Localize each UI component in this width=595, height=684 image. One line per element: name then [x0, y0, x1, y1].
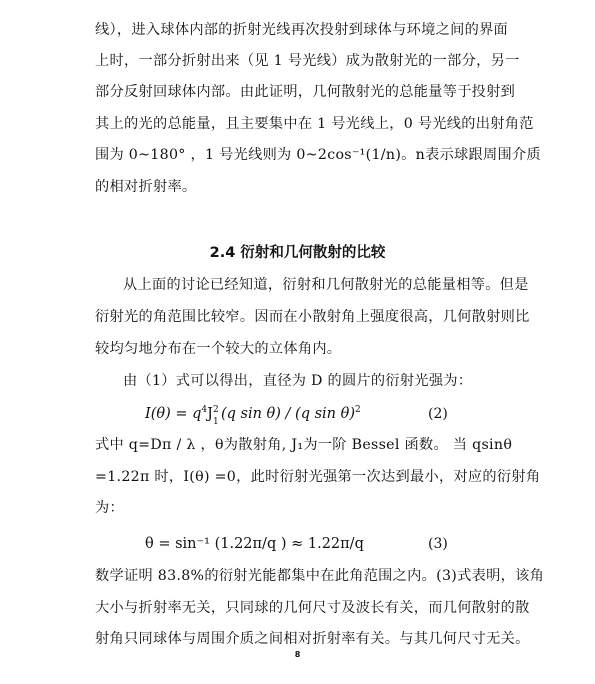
paragraph-5-line-2: 大小与折射率无关，只同球的几何尺寸及波长有关，而几何散射的散 — [95, 598, 505, 618]
equation-2-lhs: I(θ) = q — [145, 406, 201, 422]
paragraph-4-line-1: 式中 q=Dπ / λ ，θ为散射角, J₁为一阶 Bessel 函数。 当 q… — [95, 435, 505, 455]
document-page: 线），进入球体内部的折射光线再次投射到球体与环境之间的界面 上时，一部分折射出来… — [0, 0, 595, 684]
paragraph-5-line-3: 射角只同球体与周围介质之间相对折射率有关。与其几何尺寸无关。 — [95, 629, 505, 649]
equation-3-number: (3) — [428, 534, 448, 554]
equation-2-rest: (q sin θ) / (q sin θ) — [221, 406, 355, 422]
paragraph-1-line-6: 的相对折射率。 — [95, 177, 505, 197]
paragraph-1-line-5: 围为 0~180° ，1 号光线则为 0~2cos⁻¹(1/n)。n表示球跟周围… — [95, 145, 505, 165]
equation-2-rest-exponent: 2 — [355, 405, 361, 415]
paragraph-4-line-3: 为： — [95, 498, 505, 518]
paragraph-1-line-1: 线），进入球体内部的折射光线再次投射到球体与环境之间的界面 — [95, 20, 505, 40]
equation-3: θ = sin⁻¹ (1.22π/q ) ≈ 1.22π/q — [145, 534, 364, 554]
section-heading: 2.4 衍射和几何散射的比较 — [0, 243, 595, 263]
page-number: 8 — [0, 650, 595, 659]
paragraph-2-line-2: 衍射光的角范围比较窄。因而在小散射角上强度很高，几何散射则比 — [95, 307, 505, 327]
equation-2-number: (2) — [428, 404, 448, 424]
paragraph-1-line-2: 上时，一部分折射出来（见 1 号光线）成为散射光的一部分，另一 — [95, 51, 505, 71]
equation-2-bessel-indices: 21 — [213, 408, 221, 418]
equation-2-bessel-order: 1 — [213, 412, 219, 432]
paragraph-3-line: 由（1）式可以得出，直径为 D 的圆片的衍射光强为： — [123, 371, 533, 391]
paragraph-5-line-1: 数学证明 83.8%的衍射光能都集中在此角范围之内。(3)式表明，该角 — [95, 566, 505, 586]
paragraph-1-line-4: 其上的光的总能量，且主要集中在 1 号光线上，0 号光线的出射角范 — [95, 114, 505, 134]
paragraph-2-line-3: 较均匀地分布在一个较大的立体角内。 — [95, 339, 505, 359]
equation-2: I(θ) = q4J21(q sin θ) / (q sin θ)2 — [145, 404, 361, 424]
paragraph-2-line-1: 从上面的讨论已经知道，衍射和几何散射光的总能量相等。但是 — [123, 275, 533, 295]
paragraph-1-line-3: 部分反射回球体内部。由此证明，几何散射光的总能量等于投射到 — [95, 82, 505, 102]
paragraph-4-line-2: =1.22π 时，I(θ) =0，此时衍射光强第一次达到最小，对应的衍射角 — [95, 467, 505, 487]
